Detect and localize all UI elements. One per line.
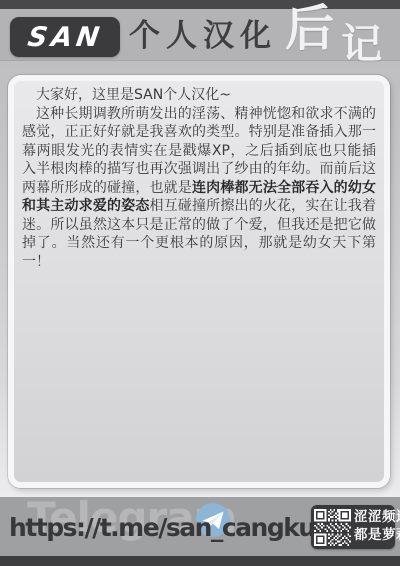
page-title: 个人汉化 bbox=[129, 21, 277, 52]
qr-code-icon bbox=[314, 509, 351, 546]
qr-panel: 涩涩频道 都是萝莉 bbox=[311, 505, 395, 549]
afterword-page: SAN 个人汉化 后 记 大家好，这里是SAN个人汉化~ 这种长期调教所萌发出的… bbox=[0, 0, 400, 566]
greeting-text: 大家好，这里是SAN个人汉化~ bbox=[36, 87, 231, 103]
afterword-paragraph-1: 大家好，这里是SAN个人汉化~ bbox=[22, 86, 376, 105]
telegram-channel-url: https://t.me/san_cangku bbox=[9, 513, 315, 543]
top-dark-bar bbox=[0, 0, 400, 9]
footer-bar: Telegram https://t.me/san_cangku 涩涩频道 都是… bbox=[0, 497, 400, 556]
afterword-title-char1: 后 bbox=[285, 4, 334, 53]
bottom-dark-bar bbox=[0, 556, 400, 566]
qr-caption-line2: 都是萝莉 bbox=[354, 527, 400, 545]
afterword-title-char2: 记 bbox=[341, 24, 382, 65]
afterword-paragraph-2: 这种长期调教所萌发出的淫荡、精神恍惚和欲求不满的感觉，正正好好就是我喜欢的类型。… bbox=[22, 105, 376, 272]
san-logo-text: SAN bbox=[26, 24, 105, 51]
qr-caption-line1: 涩涩频道 bbox=[354, 509, 400, 527]
san-logo-badge: SAN bbox=[10, 17, 120, 57]
header-bar: SAN 个人汉化 bbox=[0, 9, 400, 61]
qr-caption: 涩涩频道 都是萝莉 bbox=[354, 509, 400, 544]
afterword-text-box: 大家好，这里是SAN个人汉化~ 这种长期调教所萌发出的淫荡、精神恍惚和欲求不满的… bbox=[8, 75, 390, 488]
